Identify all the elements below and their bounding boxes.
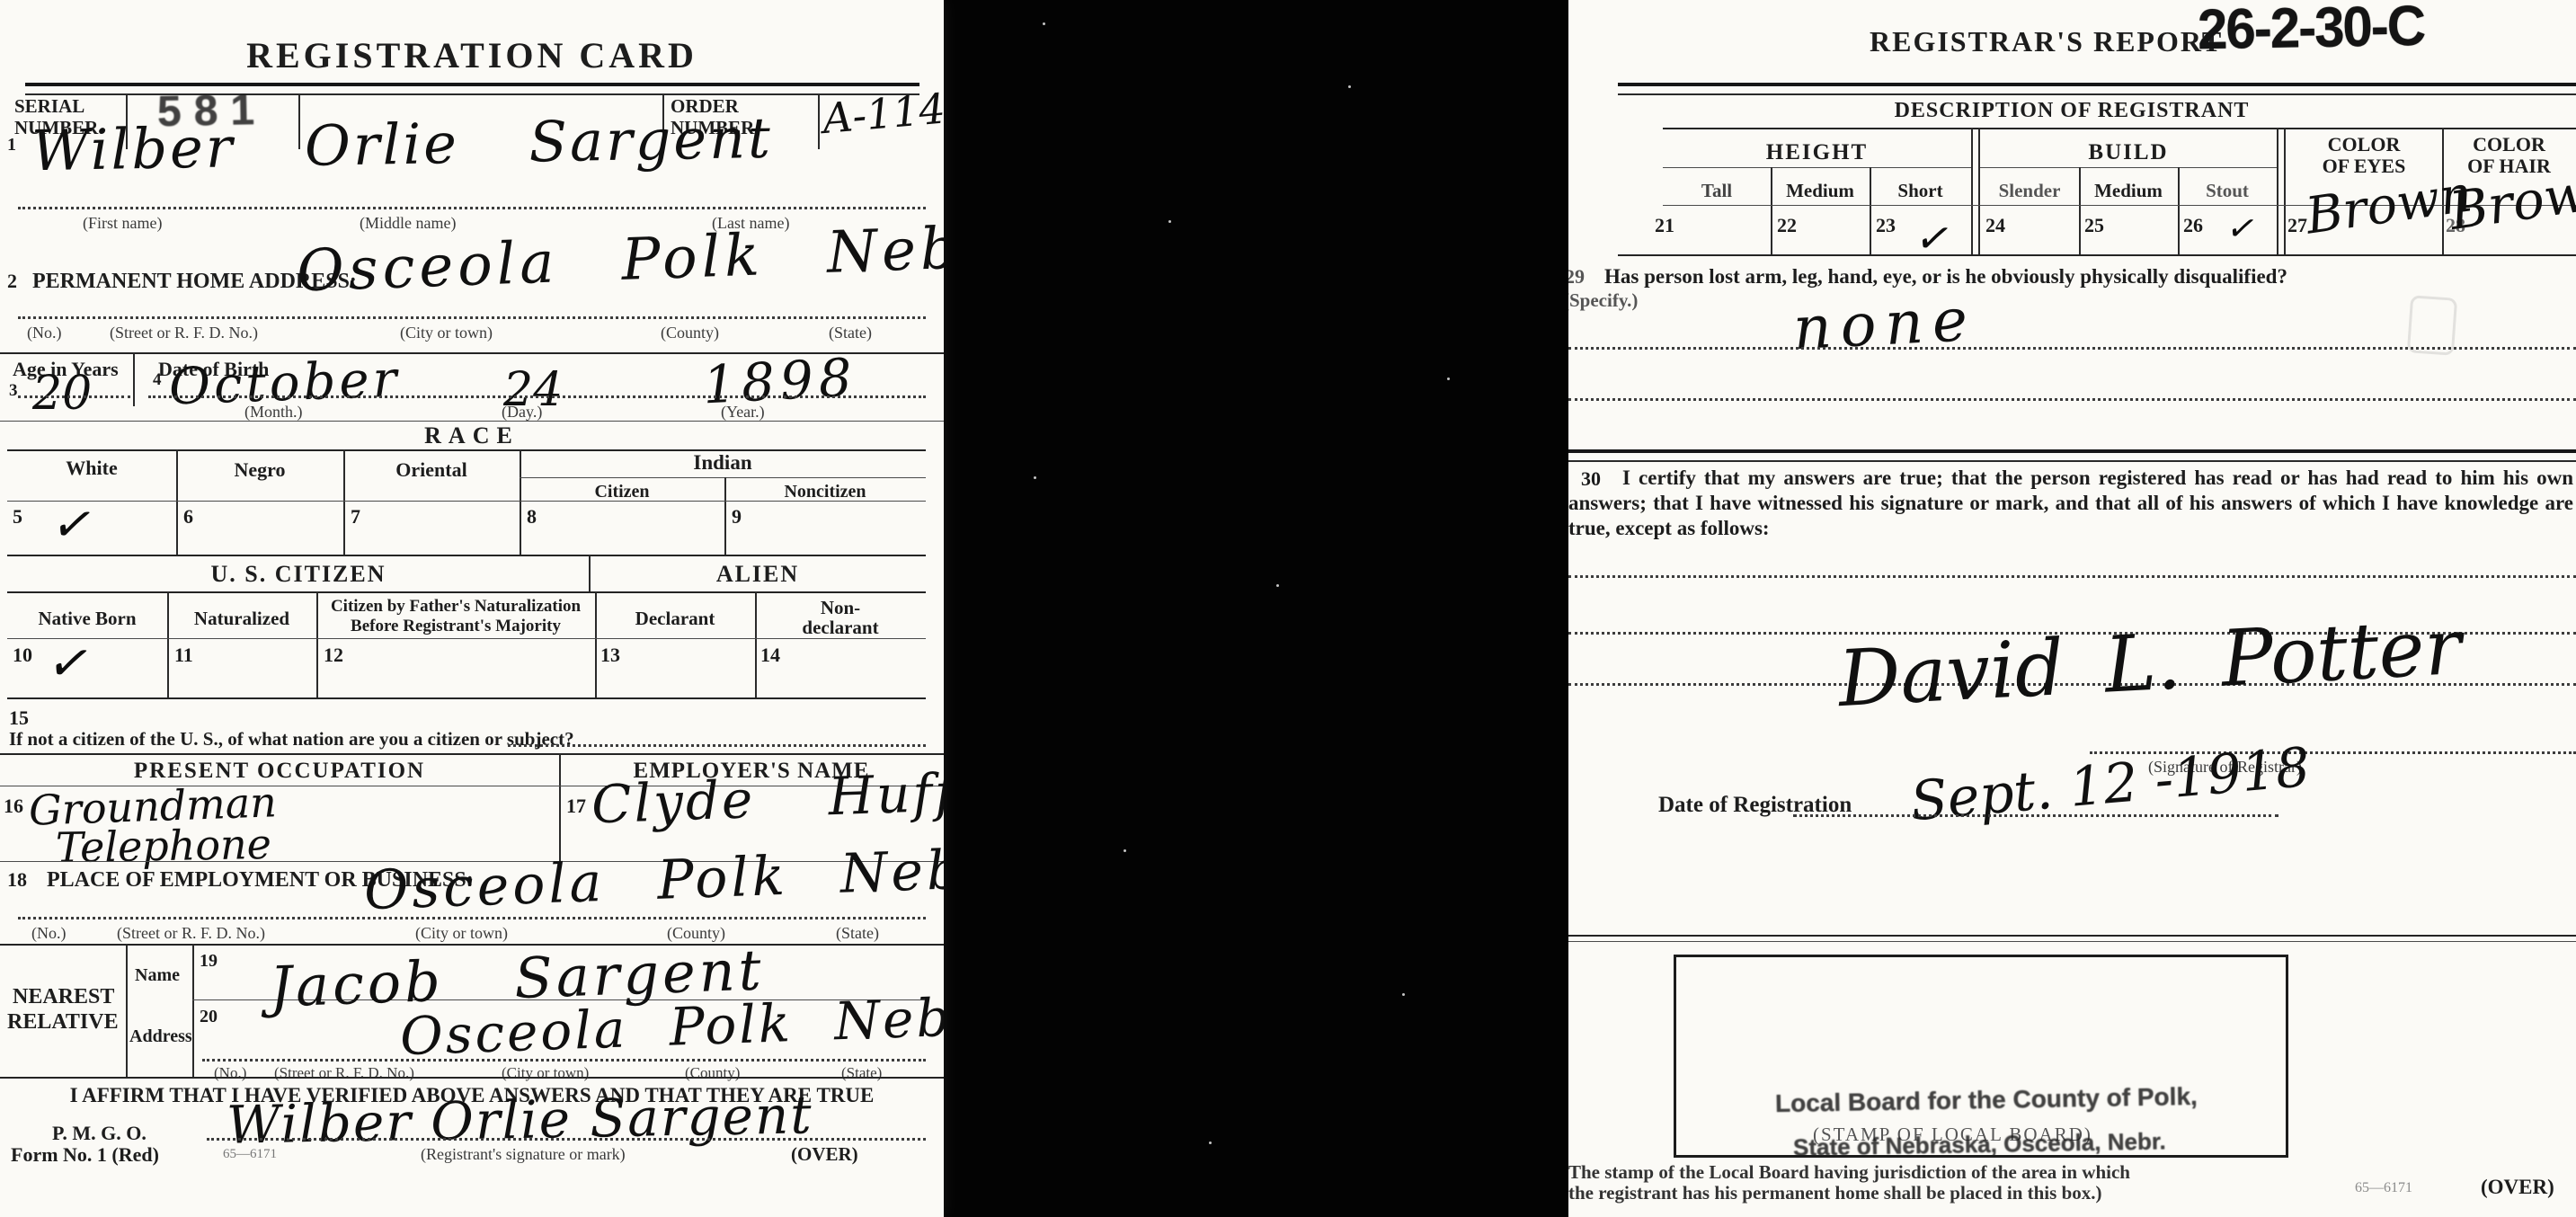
height-tall-label: Tall xyxy=(1663,180,1771,202)
race-header: RACE xyxy=(0,422,944,449)
divider xyxy=(1663,128,2576,129)
description-section-header: DESCRIPTION OF REGISTRANT xyxy=(1838,99,2305,123)
divider xyxy=(18,917,926,919)
q30-certification-text: I certify that my answers are true; that… xyxy=(1568,466,2573,541)
build-slender-label: Slender xyxy=(1980,180,2079,202)
relative-street-caption: (Street or R. F. D. No.) xyxy=(274,1064,414,1082)
classification-stamp-code: 26-2-30-C xyxy=(2197,0,2424,62)
divider xyxy=(1663,167,1971,168)
registration-date-handwriting: Sept. 12 -1918 xyxy=(1908,736,2313,834)
pmgo-label: P. M. G. O. xyxy=(52,1122,147,1145)
race-box-5-number: 5 xyxy=(13,505,22,529)
address-line-number: 2 xyxy=(7,270,17,293)
divider xyxy=(589,555,591,591)
height-box-21-number: 21 xyxy=(1655,214,1674,237)
race-box-8-number: 8 xyxy=(527,505,537,529)
divider xyxy=(1568,941,2576,942)
over-label: (OVER) xyxy=(2481,1176,2554,1199)
relative-address-label: Address xyxy=(129,1026,192,1047)
divider xyxy=(7,697,926,699)
divider xyxy=(818,93,820,149)
employer-line-number: 17 xyxy=(566,795,586,818)
divider xyxy=(2277,128,2286,254)
divider xyxy=(18,395,130,398)
eyes-box-27-number: 27 xyxy=(2287,214,2307,237)
scan-speckle xyxy=(1209,1141,1212,1144)
report-title: REGISTRAR'S REPORT xyxy=(1870,25,2223,58)
scan-speckle xyxy=(1124,849,1126,852)
line15-number: 15 xyxy=(9,706,29,730)
citizen-box-11-number: 11 xyxy=(174,644,193,667)
hair-header-line1: COLOR xyxy=(2442,133,2576,156)
divider xyxy=(18,316,926,319)
divider xyxy=(520,477,926,478)
us-citizen-header: U. S. CITIZEN xyxy=(7,561,590,588)
alien-col-nondeclarant-line2: declarant xyxy=(755,617,926,639)
race-box-7-number: 7 xyxy=(351,505,360,529)
divider xyxy=(7,591,926,593)
race-box-9-number: 9 xyxy=(732,505,742,529)
occupation-header: PRESENT OCCUPATION xyxy=(0,759,559,784)
build-header: BUILD xyxy=(1980,140,2277,165)
race-col-oriental: Oriental xyxy=(343,458,520,482)
build-box-26-number: 26 xyxy=(2183,214,2203,237)
citizen-col-native-born: Native Born xyxy=(7,608,167,630)
address-no-caption: (No.) xyxy=(27,324,62,342)
race-box-6-number: 6 xyxy=(183,505,193,529)
employment-place-handwriting: Osceola Polk Nebr xyxy=(363,838,944,922)
first-name-caption: (First name) xyxy=(83,214,162,233)
divider xyxy=(18,207,926,209)
divider xyxy=(1568,347,2576,350)
divider xyxy=(1568,398,2576,401)
employment-state-caption: (State) xyxy=(836,924,879,943)
address-city-caption: (City or town) xyxy=(400,324,493,342)
registrant-name-handwriting: Wilber Orlie Sargent xyxy=(31,105,773,183)
divider xyxy=(559,753,561,861)
employment-no-caption: (No.) xyxy=(31,924,67,943)
citizen-box-12-number: 12 xyxy=(324,644,343,667)
alien-header: ALIEN xyxy=(590,561,926,588)
stamp-box-note-line1: The stamp of the Local Board having juri… xyxy=(1568,1161,2130,1184)
card-title: REGISTRATION CARD xyxy=(0,34,944,76)
divider xyxy=(1568,575,2576,578)
q29-answer-handwriting: none xyxy=(1791,285,1978,364)
registrar-signature-handwriting: David L. Potter xyxy=(1836,602,2464,724)
relative-name-label: Name xyxy=(135,965,180,986)
registrant-signature-caption: (Registrant's signature or mark) xyxy=(421,1145,626,1164)
scan-speckle xyxy=(1034,476,1036,479)
height-box-23-number: 23 xyxy=(1876,214,1896,237)
divider xyxy=(1618,83,2576,95)
race-col-indian-citizen: Citizen xyxy=(520,482,724,502)
divider xyxy=(1568,449,2576,462)
divider xyxy=(7,638,926,639)
divider xyxy=(508,744,926,747)
scan-speckle xyxy=(1276,584,1279,587)
build-box-25-number: 25 xyxy=(2084,214,2104,237)
relative-no-caption: (No.) xyxy=(214,1064,246,1082)
registration-card: REGISTRATION CARD SERIAL NUMBER 581 ORDE… xyxy=(0,0,944,1217)
divider xyxy=(207,1138,926,1141)
occupation-line-number: 16 xyxy=(4,795,23,818)
employer-handwriting: Clyde Huff. xyxy=(591,761,944,836)
race-col-negro: Negro xyxy=(176,458,343,482)
race-col-white: White xyxy=(7,457,176,480)
birth-line-number: 4 xyxy=(153,370,162,390)
height-short-label: Short xyxy=(1870,180,1971,202)
relative-state-caption: (State) xyxy=(841,1064,882,1082)
build-stout-label: Stout xyxy=(2178,180,2277,202)
nearest-relative-label-line1: NEAREST xyxy=(13,985,114,1009)
employment-street-caption: (Street or R. F. D. No.) xyxy=(117,924,265,943)
q29-question: Has person lost arm, leg, hand, eye, or … xyxy=(1604,265,2287,289)
registrars-report-card: REGISTRAR'S REPORT 26-2-30-C DESCRIPTION… xyxy=(1568,0,2576,1217)
scan-speckle xyxy=(1043,22,1045,25)
divider xyxy=(1971,128,1980,254)
stamp-box-note-line2: the registrant has his permanent home sh… xyxy=(1568,1182,2102,1204)
day-caption: (Day.) xyxy=(502,403,542,422)
divider xyxy=(202,1059,926,1062)
employment-city-caption: (City or town) xyxy=(415,924,508,943)
scan-speckle xyxy=(1447,378,1450,380)
divider xyxy=(1793,814,2278,817)
print-number: 65—6171 xyxy=(2355,1180,2412,1196)
height-medium-label: Medium xyxy=(1771,180,1870,202)
address-street-caption: (Street or R. F. D. No.) xyxy=(110,324,258,342)
race-indian-header: Indian xyxy=(520,451,926,475)
build-stout-checkmark: ✓ xyxy=(2224,208,2261,249)
relative-address-number: 20 xyxy=(200,1007,218,1027)
occupation-handwriting-line2: Telephone xyxy=(56,820,272,872)
address-state-caption: (State) xyxy=(829,324,872,342)
scan-speckle xyxy=(1168,220,1171,223)
divider xyxy=(1980,167,2277,168)
divider xyxy=(1618,254,2576,256)
over-label: (OVER) xyxy=(791,1143,858,1166)
employment-line-number: 18 xyxy=(7,868,27,892)
scanned-document: REGISTRATION CARD SERIAL NUMBER 581 ORDE… xyxy=(0,0,2576,1217)
name-line-number: 1 xyxy=(7,135,16,155)
divider xyxy=(0,944,944,946)
divider xyxy=(7,501,926,502)
height-header: HEIGHT xyxy=(1663,140,1971,165)
height-box-22-number: 22 xyxy=(1777,214,1797,237)
relative-name-number: 19 xyxy=(200,951,218,972)
citizen-col-father-line2: Before Registrant's Majority xyxy=(316,617,595,636)
line15-question: If not a citizen of the U. S., of what n… xyxy=(9,728,574,751)
scan-speckle xyxy=(1348,85,1351,88)
divider xyxy=(1568,935,2576,937)
divider xyxy=(148,395,926,398)
build-medium-label: Medium xyxy=(2079,180,2178,202)
divider xyxy=(0,753,944,755)
print-number: 65—6171 xyxy=(223,1147,277,1162)
form-number-label: Form No. 1 (Red) xyxy=(11,1143,159,1167)
serial-label-line1: SERIAL xyxy=(14,95,98,117)
race-white-checkmark: ✓ xyxy=(47,494,101,554)
relative-county-caption: (County) xyxy=(685,1064,740,1082)
divider xyxy=(133,352,135,406)
citizen-box-10-number: 10 xyxy=(13,644,32,667)
build-box-24-number: 24 xyxy=(1985,214,2005,237)
divider xyxy=(126,944,128,1077)
middle-name-caption: (Middle name) xyxy=(360,214,456,233)
divider xyxy=(0,421,944,422)
citizen-box-13-number: 13 xyxy=(600,644,620,667)
age-line-number: 3 xyxy=(9,381,18,401)
age-value: 20 xyxy=(32,367,92,421)
year-caption: (Year.) xyxy=(721,403,765,422)
scan-speckle xyxy=(1402,993,1405,996)
relative-city-caption: (City or town) xyxy=(502,1064,589,1082)
divider xyxy=(192,944,194,1077)
citizen-col-father-line1: Citizen by Father's Naturalization xyxy=(316,597,595,617)
citizen-col-naturalized: Naturalized xyxy=(167,608,316,630)
nearest-relative-label-line2: RELATIVE xyxy=(7,1010,119,1035)
divider xyxy=(7,555,926,556)
q29-specify-caption: (Specify.) xyxy=(1568,289,1638,312)
divider xyxy=(0,1077,944,1079)
eyes-header-line1: COLOR xyxy=(2286,133,2442,156)
address-county-caption: (County) xyxy=(661,324,719,342)
alien-col-declarant: Declarant xyxy=(595,608,755,630)
native-born-checkmark: ✓ xyxy=(42,633,99,695)
month-caption: (Month.) xyxy=(244,403,303,422)
citizen-box-14-number: 14 xyxy=(760,644,780,667)
race-col-indian-noncitizen: Noncitizen xyxy=(724,482,926,502)
q29-number: 29 xyxy=(1568,265,1585,289)
